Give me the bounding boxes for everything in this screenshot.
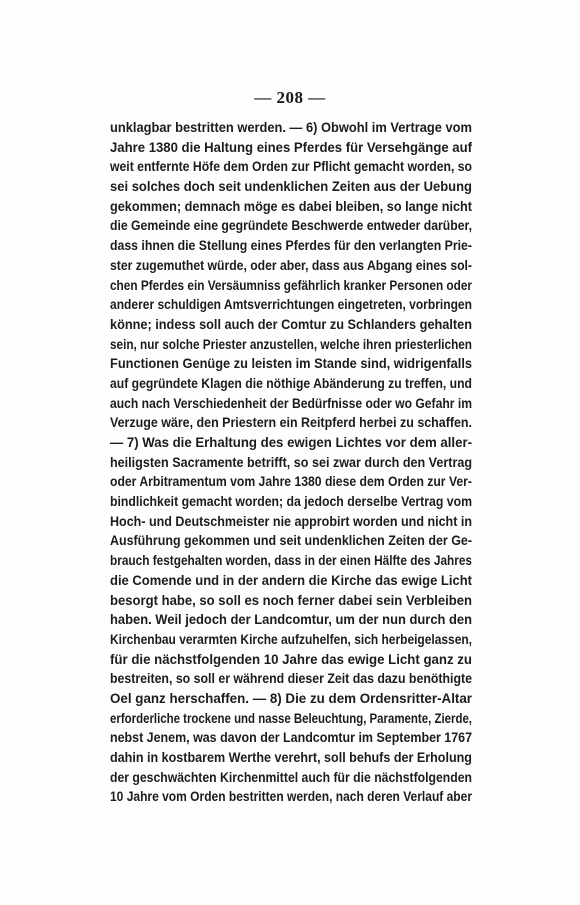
- text-line: besorgt habe, so soll es noch ferner dab…: [110, 592, 444, 612]
- text-line: Hoch- und Deutschmeister nie approbirt w…: [110, 513, 430, 533]
- text-line: bestreiten, so soll er während dieser Ze…: [110, 670, 425, 690]
- text-line: Oel ganz herschaffen. — 8) Die zu dem Or…: [110, 690, 451, 710]
- text-line: 10 Jahre vom Orden bestritten werden, na…: [110, 788, 417, 808]
- text-line: sein, nur solche Priester anzustellen, w…: [110, 336, 410, 356]
- text-line: nebst Jenem, was davon der Landcomtur im…: [110, 729, 428, 749]
- text-line: Ausführung gekommen und seit undenkliche…: [110, 532, 428, 552]
- text-line: die Comende und in der andern die Kirche…: [110, 572, 442, 592]
- text-line: — 7) Was die Erhaltung des ewigen Lichte…: [110, 434, 447, 454]
- text-line: könne; indess soll auch der Comtur zu Sc…: [110, 316, 435, 336]
- text-line: Jahre 1380 die Haltung eines Pferdes für…: [110, 139, 445, 159]
- text-line: unklagbar bestritten werden. — 6) Obwohl…: [110, 119, 438, 139]
- text-line: ster zugemuthet würde, oder aber, dass a…: [110, 257, 421, 277]
- text-line: für die nächstfolgenden 10 Jahre das ewi…: [110, 651, 448, 671]
- text-line: gekommen; demnach möge es dabei bleiben,…: [110, 198, 433, 218]
- text-line: Functionen Genüge zu leisten im Stande s…: [110, 355, 437, 375]
- text-line: oder Arbitramentum vom Jahre 1380 diese …: [110, 473, 421, 493]
- text-line: Kirchenbau verarmten Kirche aufzuhelfen,…: [110, 631, 416, 651]
- text-line: heiligsten Sacramente betrifft, so sei z…: [110, 454, 431, 474]
- text-line: haben. Weil jedoch der Landcomtur, um de…: [110, 611, 440, 631]
- text-line: bindlichkeit gemacht worden; da jedoch d…: [110, 493, 423, 513]
- text-line: brauch festgehalten worden, dass in der …: [110, 552, 412, 572]
- text-line: auf gegründete Klagen die nöthige Abände…: [110, 375, 421, 395]
- book-page: — 208 — unklagbar bestritten werden. — 6…: [0, 0, 580, 905]
- text-line: der geschwächten Kirchenmittel auch für …: [110, 769, 422, 789]
- text-line: dass ihnen die Stellung eines Pferdes fü…: [110, 237, 424, 257]
- page-number: — 208 —: [0, 88, 580, 108]
- body-text: unklagbar bestritten werden. — 6) Obwohl…: [110, 119, 472, 808]
- text-line: Verzuge wäre, den Priestern ein Reitpfer…: [110, 414, 428, 434]
- text-line: anderer schuldigen Amtsverrichtungen ein…: [110, 296, 417, 316]
- text-line: weit entfernte Höfe dem Orden zur Pflich…: [110, 158, 422, 178]
- text-line: dahin in kostbarem Werthe verehrt, soll …: [110, 749, 430, 769]
- text-line: chen Pferdes ein Versäumniss gefährlich …: [110, 277, 411, 297]
- text-line: erforderliche trockene und nasse Beleuch…: [110, 710, 402, 730]
- text-line: die Gemeinde eine gegründete Beschwerde …: [110, 217, 422, 237]
- text-line: sei solches doch seit undenklichen Zeite…: [110, 178, 442, 198]
- text-line: auch nach Verschiedenheit der Bedürfniss…: [110, 395, 420, 415]
